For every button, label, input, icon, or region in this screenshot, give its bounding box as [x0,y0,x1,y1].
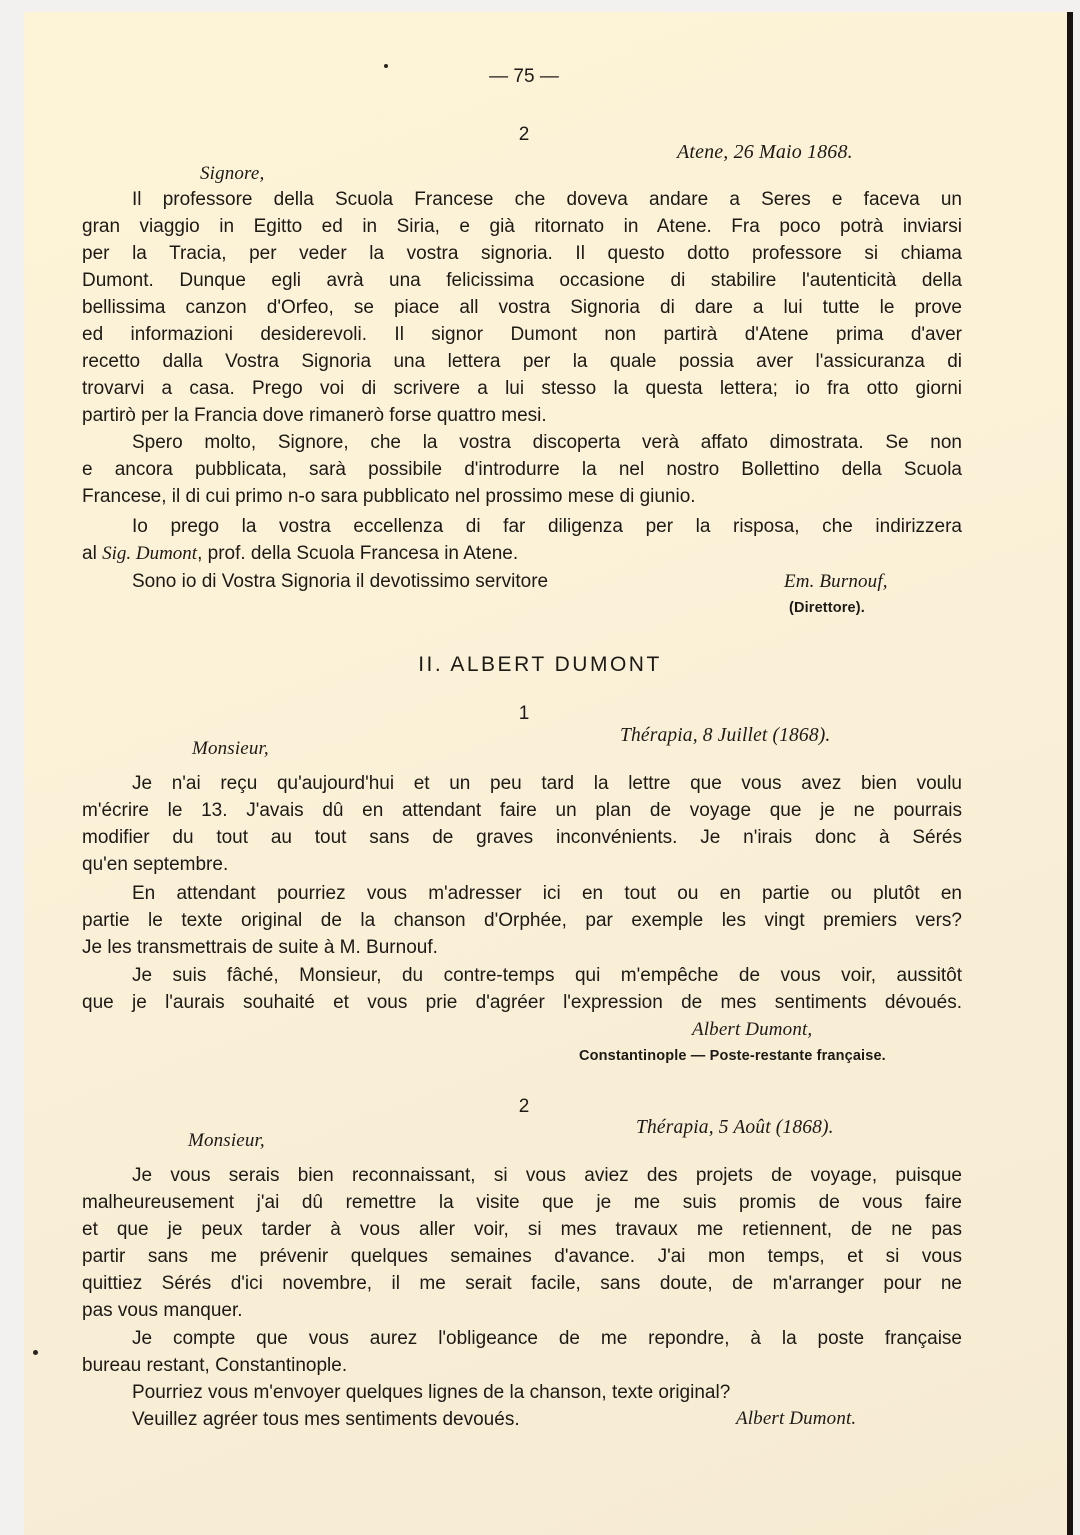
closing-line: Sono io di Vostra Signoria il devotissim… [132,568,692,595]
body-line: trovarvi a casa. Prego voi di scrivere a… [82,375,962,402]
letter-number: 1 [0,703,1048,725]
letter-place-date: Thérapia, 8 Juillet (1868). [620,725,830,747]
signature: Albert Dumont, [692,1019,812,1041]
line-suffix: , prof. della Scuola Francesa in Atene. [197,543,518,564]
body-line: et que je peux tarder à vous aller voir,… [82,1216,962,1243]
body-line: bureau restant, Constantinople. [82,1352,962,1379]
body-line-with-italic: al Sig. Dumont, prof. della Scuola Franc… [82,540,962,567]
letter-salutation: Monsieur, [192,738,269,760]
body-line: m'écrire le 13. J'avais dû en attendant … [82,797,962,824]
body-line: En attendant pourriez vous m'adresser ic… [132,880,962,907]
page-number: — 75 — [0,66,1048,88]
signature-title: (Direttore). [789,600,865,616]
body-line: Je n'ai reçu qu'aujourd'hui et un peu ta… [132,770,962,797]
body-line: ed informazioni desiderevoli. Il signor … [82,321,962,348]
letter-salutation: Monsieur, [188,1130,265,1152]
body-line: Il professore della Scuola Francese che … [132,186,962,213]
section-heading: II. ALBERT DUMONT [0,653,1080,677]
signature: Albert Dumont. [736,1408,856,1430]
body-line: Je les transmettrais de suite à M. Burno… [82,934,962,961]
body-line: partirò per la Francia dove rimanerò for… [82,402,962,429]
letter-number: 2 [0,1096,1048,1118]
body-line: bellissima canzon d'Orfeo, se piace all … [82,294,962,321]
body-line: e ancora pubblicata, sarà possibile d'in… [82,456,962,483]
body-line: Je suis fâché, Monsieur, du contre-temps… [132,962,962,989]
body-line: malheureusement j'ai dû remettre la visi… [82,1189,962,1216]
body-line: pas vous manquer. [82,1297,962,1324]
body-line: quittiez Sérés d'ici novembre, il me ser… [82,1270,962,1297]
body-line: que je l'aurais souhaité et vous prie d'… [82,989,962,1016]
body-line: Je compte que vous aurez l'obligeance de… [132,1325,962,1352]
body-line: Pourriez vous m'envoyer quelques lignes … [132,1379,962,1406]
body-line: Dumont. Dunque egli avrà una felicissima… [82,267,962,294]
italic-name: Sig. Dumont [102,543,197,564]
paper-speck [33,1350,38,1355]
body-line: qu'en septembre. [82,851,962,878]
body-line: Spero molto, Signore, che la vostra disc… [132,429,962,456]
letter-place-date: Atene, 26 Maio 1868. [677,141,853,164]
body-line: partie le texte original de la chanson d… [82,907,962,934]
body-line: Veuillez agréer tous mes sentiments devo… [132,1406,652,1433]
body-line: Io prego la vostra eccellenza di far dil… [132,513,962,540]
body-line: gran viaggio in Egitto ed in Siria, e gi… [82,213,962,240]
body-line: partir sans me prévenir quelques semaine… [82,1243,962,1270]
line-prefix: al [82,543,102,564]
signature-address: Constantinople — Poste-restante français… [579,1048,886,1064]
letter-salutation: Signore, [200,163,264,185]
letter-place-date: Thérapia, 5 Août (1868). [636,1117,834,1139]
body-line: Je vous serais bien reconnaissant, si vo… [132,1162,962,1189]
body-line: recetto dalla Vostra Signoria una letter… [82,348,962,375]
letter-number: 2 [0,124,1048,146]
body-line: Francese, il di cui primo n-o sara pubbl… [82,483,962,510]
signature: Em. Burnouf, [784,571,888,593]
body-line: modifier du tout au tout sans de graves … [82,824,962,851]
body-line: per la Tracia, per veder la vostra signo… [82,240,962,267]
